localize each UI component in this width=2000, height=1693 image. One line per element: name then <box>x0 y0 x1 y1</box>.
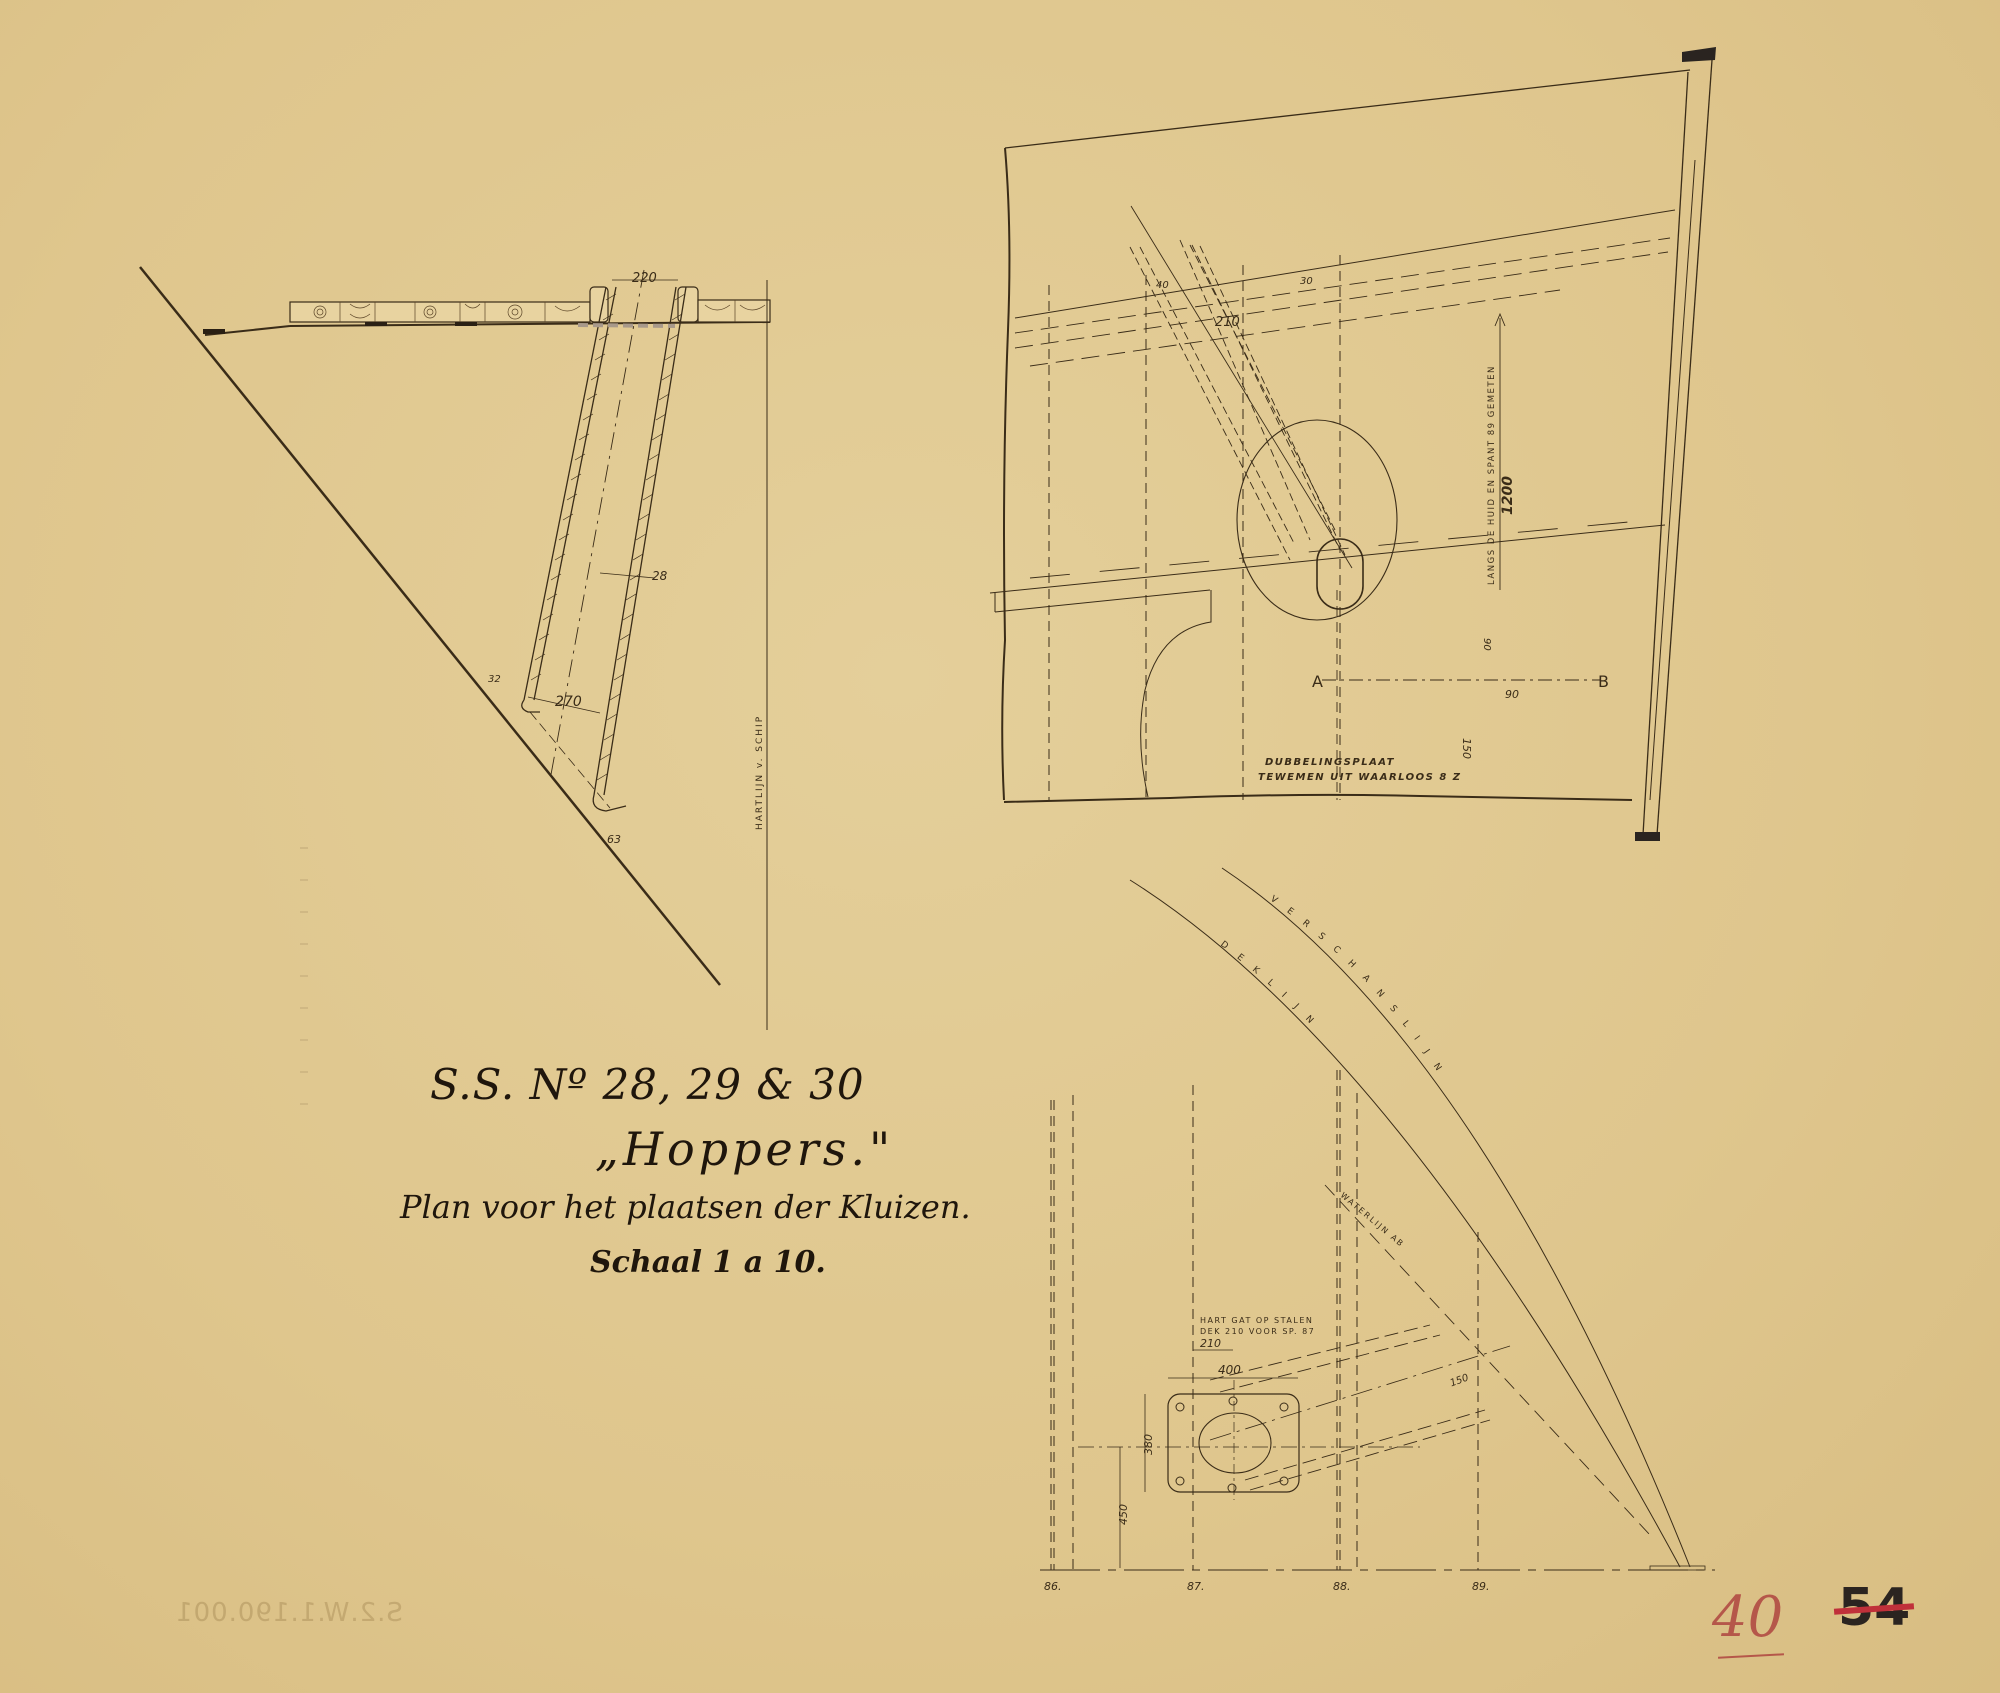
section-view: 220 28 270 32 63 HARTLIJN v. SCHIP <box>140 267 770 1030</box>
archive-number-red: 40 <box>1712 1585 1783 1650</box>
frame-number-87: 87. <box>1187 1580 1205 1593</box>
dim-220: 220 <box>632 271 657 286</box>
elevation-bottom-edge <box>1004 795 1632 802</box>
elevation-view: 40 30 210 1200 LANGS DE HUID EN SPANT 89… <box>990 47 1716 841</box>
elevation-top-edge <box>1005 70 1690 148</box>
dim-ring-bottom: 150 <box>1460 738 1473 759</box>
dim-40: 40 <box>1156 280 1169 291</box>
dim-1200: 1200 <box>1500 476 1516 515</box>
deck-planking <box>290 287 770 326</box>
bleed-through-stamp: S.2.W.1.190.001 <box>175 1598 403 1628</box>
flange-plate <box>1168 1394 1299 1492</box>
deck-line-curve <box>1130 880 1680 1567</box>
deck-plate <box>290 322 770 326</box>
dim-30: 30 <box>1300 276 1313 287</box>
dim-400: 400 <box>1218 1363 1241 1377</box>
plan-view: VERSCHANSLIJN DEKLIJN <box>1040 868 1715 1593</box>
drawing-sheet: 220 28 270 32 63 HARTLIJN v. SCHIP <box>0 0 2000 1693</box>
bulwark-line-curve <box>1222 868 1690 1567</box>
technical-drawing: 220 28 270 32 63 HARTLIJN v. SCHIP <box>0 0 2000 1693</box>
measurement-note: LANGS DE HUID EN SPANT 89 GEMETEN <box>1487 365 1497 585</box>
dim-270: 270 <box>555 694 582 710</box>
deck-strap <box>203 329 225 334</box>
doubling-plate-note-1: DUBBELINGSPLAAT <box>1265 757 1395 768</box>
centerline-label: HARTLIJN v. SCHIP <box>755 715 765 830</box>
hawse-hole <box>1199 1413 1271 1473</box>
dim-ring-top: 90 <box>1481 638 1492 651</box>
plan-title: Plan voor het plaatsen der Kluizen. <box>400 1188 971 1226</box>
dim-210-plan: 210 <box>1200 1337 1221 1350</box>
dim-32: 32 <box>488 674 501 685</box>
dim-450: 450 <box>1117 1504 1130 1525</box>
hole-note-2: DEK 210 VOOR SP. 87 <box>1200 1327 1315 1336</box>
dim-28: 28 <box>652 569 668 583</box>
dim-210: 210 <box>1215 315 1240 330</box>
hawse-pipe-section <box>522 270 686 811</box>
deck-line-label: DEKLIJN <box>1218 939 1324 1035</box>
waterline <box>1325 1185 1650 1535</box>
doubling-plate-note-2: TEWEMEN UIT WAARLOOS 8 Z <box>1258 772 1462 783</box>
vessel-name: „Hoppers." <box>595 1122 894 1176</box>
section-marker-b: B <box>1598 672 1609 691</box>
stem-top-cap <box>1682 47 1716 62</box>
ship-numbers: S.S. Nº 28, 29 & 30 <box>430 1060 865 1109</box>
stem-bottom-cap <box>1635 832 1660 841</box>
elevation-left-edge <box>1002 148 1009 800</box>
waterline-label: WATERLIJN AB <box>1339 1191 1406 1250</box>
scale-label: Schaal 1 a 10. <box>590 1245 826 1280</box>
doubling-plate-outline <box>1141 590 1211 797</box>
section-marker-a: A <box>1312 672 1323 691</box>
bulwark-line-label: VERSCHANSLIJN <box>1268 894 1450 1084</box>
dim-150-plan: 150 <box>1449 1372 1471 1389</box>
dim-ring-right: 90 <box>1505 688 1519 701</box>
dim-380: 380 <box>1142 1434 1155 1455</box>
hull-plate-line <box>140 267 720 985</box>
hole-note-1: HART GAT OP STALEN <box>1200 1316 1313 1325</box>
margin-ticks <box>300 848 308 1104</box>
frame-number-88: 88. <box>1333 1580 1351 1593</box>
frame-number-89: 89. <box>1472 1580 1490 1593</box>
dim-63: 63 <box>607 833 621 846</box>
frame-number-86: 86. <box>1044 1580 1062 1593</box>
